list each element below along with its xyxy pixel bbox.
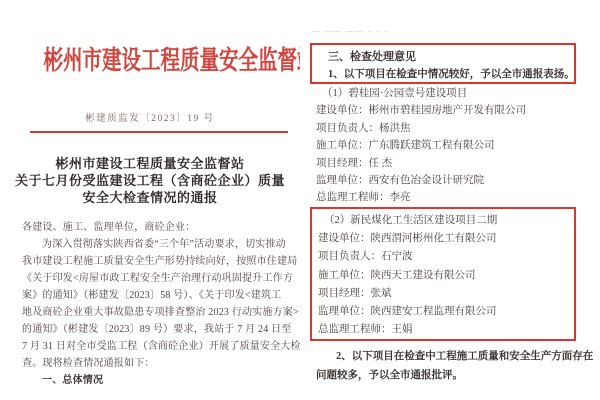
project-2-field: 项目经理：张斌 (318, 285, 574, 303)
project-2-title: （2）新民煤化工生活区建设项目二期 (318, 212, 574, 230)
praise-item-text: 1、以下项目在检查中情况较好，予以全市通报表扬。 (328, 66, 574, 83)
project-1-title: （1）碧桂园·公园壹号建设项目 (316, 85, 586, 102)
body-line: 我市建设工程施工质量安全生产形势持续向好，按照市住建局 (22, 253, 290, 270)
notice-title-line-1: 彬州市建设工程质量安全监督站 (8, 155, 292, 172)
body-line: 的通知》（彬建发〔2023〕89 号）要求，我站于 7 月 24 日至 (22, 321, 290, 338)
criticism-item-line-1: 2、以下项目在检查中工程施工质量和安全生产方面存在 (316, 347, 588, 366)
section-1-heading: 一、总体情况 (22, 372, 290, 389)
highlight-box-section-3: 三、检查处理意见 1、以下项目在检查中情况较好，予以全市通报表扬。 (310, 43, 576, 84)
body-line: 地及商砼企业重大事故隐患专项排查整治 2023 行动实施方案> (22, 304, 290, 321)
notice-body: 各建设、施工、监理单位，商砼企业： 为深入贯彻落实陕西省委“三个年”活动要求，切… (22, 219, 290, 389)
right-page: — —— —— - - - 三、检查处理意见 1、以下项目在检查中情况较好，予以… (300, 0, 592, 400)
document-number: 彬建质监发〔2023〕19 号 (8, 110, 292, 124)
body-line: 案》的通知》（彬建发〔2023〕58 号）、《关于印发<建筑工 (22, 287, 290, 304)
letterhead-title: 彬州市建设工程质量安全监督站文件 (44, 40, 257, 77)
left-page: 彬州市建设工程质量安全监督站文件 彬建质监发〔2023〕19 号 彬州市建设工程… (8, 0, 292, 400)
red-separator-line (30, 131, 288, 133)
document-scan: 彬州市建设工程质量安全监督站文件 彬建质监发〔2023〕19 号 彬州市建设工程… (0, 0, 600, 400)
project-1-field: 施工单位：广东腾跃建筑工程有限公司 (316, 137, 586, 154)
notice-title-line-2: 关于七月份受监建设工程（含商砼企业）质量 (8, 172, 292, 189)
criticism-item-block: 2、以下项目在检查中工程施工质量和安全生产方面存在 问题较多，予以全市通报批评。 (316, 347, 588, 385)
section-3-heading: 三、检查处理意见 (328, 49, 574, 66)
criticism-item-line-2: 问题较多，予以全市通报批评。 (316, 366, 588, 385)
project-1-field: 项目经理：任 杰 (316, 155, 586, 172)
project-2-field: 施工单位：陕西天工建设有限公司 (318, 267, 574, 285)
project-1-field: 项目负责人：杨洪焦 (316, 120, 586, 137)
body-line: 《关于印发<房屋市政工程安全生产治理行动巩固提升工作方 (22, 270, 290, 287)
project-2-field: 总监理工程师：王娟 (318, 321, 574, 339)
notice-title: 彬州市建设工程质量安全监督站 关于七月份受监建设工程（含商砼企业）质量 安全大检… (8, 155, 292, 206)
notice-title-line-3: 安全大检查情况的通报 (8, 189, 292, 206)
salutation-line: 各建设、施工、监理单位，商砼企业： (22, 219, 290, 236)
project-2-field: 监理单位：陕西建安工程监理有限公司 (318, 303, 574, 321)
faded-print-fragment: — —— —— - - - (312, 27, 389, 35)
project-2-field: 建设单位：陕西渭河彬州化工有限公司 (318, 230, 574, 248)
project-1-block: （1）碧桂园·公园壹号建设项目 建设单位：彬州市碧桂园房地产开发有限公司 项目负… (316, 85, 586, 207)
body-line: 为深入贯彻落实陕西省委“三个年”活动要求，切实推动 (22, 236, 290, 253)
highlight-box-project-2: （2）新民煤化工生活区建设项目二期 建设单位：陕西渭河彬州化工有限公司 项目负责… (310, 207, 576, 341)
project-1-field: 建设单位：彬州市碧桂园房地产开发有限公司 (316, 102, 586, 119)
body-line: 查。现将检查情况通报如下： (22, 355, 290, 372)
project-1-field: 监理单位：西安有色冶金设计研究院 (316, 172, 586, 189)
project-2-field: 项目负责人：石宁波 (318, 248, 574, 266)
body-line: 7 月 31 日对全市受监工程（含商砼企业）开展了质量安全大检 (22, 338, 290, 355)
project-1-field: 总监理工程师：李亮 (316, 189, 586, 206)
